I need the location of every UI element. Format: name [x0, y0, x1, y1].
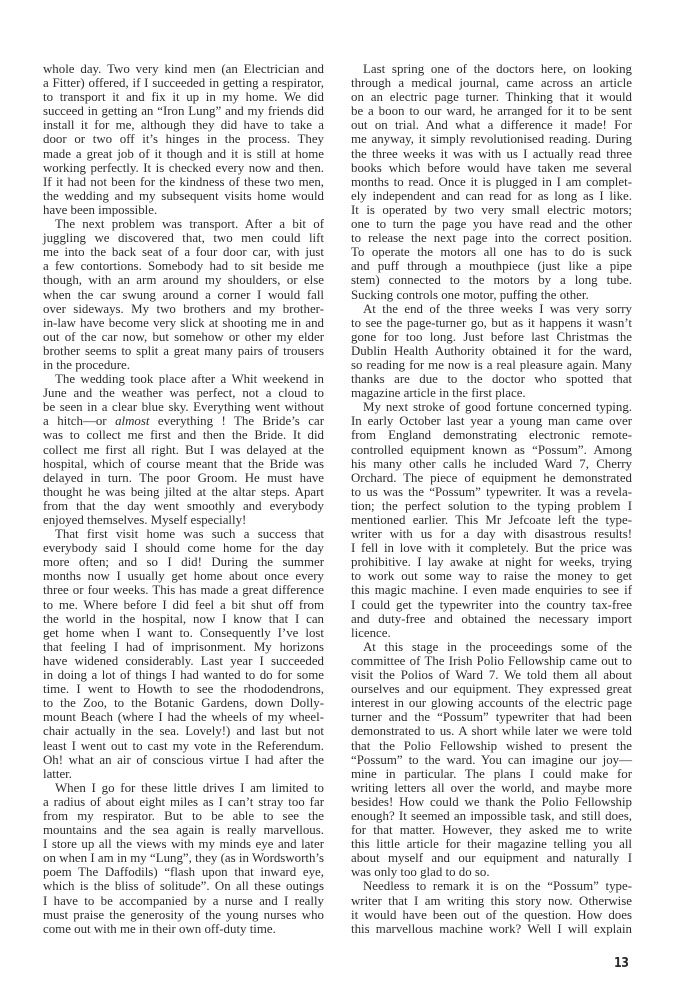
text-line: from England demonstrating electronic re…: [351, 428, 632, 442]
text-line: Needless to remark it is on the “Possum”…: [351, 879, 632, 893]
text-line: to see the page-turner go, but as it hap…: [351, 316, 632, 330]
text-line: the wedding and my subsequent visits hom…: [43, 189, 324, 203]
text-line: juggling we discovered that, two men cou…: [43, 231, 324, 245]
text-line: come out with me in their own off-duty t…: [43, 922, 324, 936]
text-line: books which before would have taken me s…: [351, 161, 632, 175]
text-line: magazine article in the first place.: [351, 386, 632, 400]
text-line: when the car swung around a corner I wou…: [43, 288, 324, 302]
text-line: turner and the “Possum” typewriter that …: [351, 710, 632, 724]
text-line: thanks are due to the doctor who spotted…: [351, 372, 632, 386]
text-line: time. I went to Howth to see the rhodode…: [43, 682, 324, 696]
text-line: enjoyed themselves. Myself especially!: [43, 513, 324, 527]
text-line: interest in our glowing accounts of the …: [351, 696, 632, 710]
text-line: the world in the hospital, now I know th…: [43, 612, 324, 626]
text-line: writer that I am writing this story now.…: [351, 894, 632, 908]
text-line: that feeling I had of imprisonment. My h…: [43, 640, 324, 654]
text-line: and duty-free and obtained the necessary…: [351, 612, 632, 626]
text-line: was only too glad to do so.: [351, 865, 632, 879]
text-line: in the procedure.: [43, 358, 324, 372]
text-line: chair actually in the sea. Lovely!) and …: [43, 724, 324, 738]
text-line: to release the next page into the correc…: [351, 231, 632, 245]
text-line: whole day. Two very kind men (an Electri…: [43, 62, 324, 76]
text-line: At this stage in the proceedings some of…: [351, 640, 632, 654]
text-line: committee of The Irish Polio Fellowship …: [351, 654, 632, 668]
text-line: this marvellous machine work? Well I wil…: [351, 922, 632, 936]
text-line: writer with us for a day with disastrous…: [351, 527, 632, 541]
text-line: from that the day went smoothly and ever…: [43, 499, 324, 513]
text-line: out on trial. And what a difference it m…: [351, 118, 632, 132]
text-line: on when I am in my “Lung”, they (as in W…: [43, 851, 324, 865]
text-line: enough? It seemed an impossible task, an…: [351, 809, 632, 823]
text-line: Orchard. The piece of equipment he demon…: [351, 471, 632, 485]
text-line: to work out some way to raise the money …: [351, 569, 632, 583]
text-line: from my respirator. But to be able to se…: [43, 809, 324, 823]
text-line: it would have been out of the question. …: [351, 908, 632, 922]
text-line: That first visit home was such a success…: [43, 527, 324, 541]
text-line: his many other calls he included Ward 7,…: [351, 457, 632, 471]
text-line: writing letters all over the world, and …: [351, 781, 632, 795]
text-line: hospital, which of course meant that the…: [43, 457, 324, 471]
emphasis: almost: [115, 414, 149, 428]
text-line: mine in particular. The plans I could ma…: [351, 767, 632, 781]
text-line: to the Zoo, to the Botanic Gardens, down…: [43, 696, 324, 710]
page-number: 13: [614, 956, 629, 971]
text-line: over sideways. My two brothers and my br…: [43, 302, 324, 316]
text-line: three or four weeks. This has made a gre…: [43, 583, 324, 597]
text-line: visit the Polios of Ward 7. We told them…: [351, 668, 632, 682]
text-line: demonstrated to us. A short while later …: [351, 724, 632, 738]
text-line: have widened considerably. Last year I s…: [43, 654, 324, 668]
text-line: Sucking controls one motor, puffing the …: [351, 288, 632, 302]
text-line: The wedding took place after a Whit week…: [43, 372, 324, 386]
text-line: be seen in a clear blue sky. Everything …: [43, 400, 324, 414]
text-line: months to read. Once it is plugged in I …: [351, 175, 632, 189]
text-line: prohibitive. I lay awake at night for we…: [351, 555, 632, 569]
text-line: I fell in love with it completely. But t…: [351, 541, 632, 555]
text-line: that the Polio Fellowship wished to pres…: [351, 739, 632, 753]
text-line: mountains and the sea again is really ma…: [43, 823, 324, 837]
text-line: through a medical journal, came across a…: [351, 76, 632, 90]
text-line: everybody said I should come home for th…: [43, 541, 324, 555]
text-line: latter.: [43, 767, 324, 781]
text-line: The next problem was transport. After a …: [43, 217, 324, 231]
text-line: a radius of about eight miles as I can’t…: [43, 795, 324, 809]
text-line: ely independent and can read for as long…: [351, 189, 632, 203]
text-line: on an electric page turner. Thinking tha…: [351, 90, 632, 104]
text-line: mount Beach (where I had the wheels of m…: [43, 710, 324, 724]
text-line: ourselves and our equipment. They expres…: [351, 682, 632, 696]
text-line: get home when I want to. Consequently I’…: [43, 626, 324, 640]
text-line: about myself and our equipment and natur…: [351, 851, 632, 865]
text-line: in doing a lot of things I had wanted to…: [43, 668, 324, 682]
text-line: delayed in turn. The poor Groom. He must…: [43, 471, 324, 485]
text-line: a few contortions. Somebody had to sit b…: [43, 259, 324, 273]
text-line: besides! How could we thank the Polio Fe…: [351, 795, 632, 809]
text-line: me anyway, it simply revolutionised read…: [351, 132, 632, 146]
text-line: in-law have become very slick at shootin…: [43, 316, 324, 330]
text-line: June and the weather was perfect, not a …: [43, 386, 324, 400]
text-line: months now I usually get home about once…: [43, 569, 324, 583]
text-line: the three weeks it was with us I actuall…: [351, 147, 632, 161]
text-line: It is operated by two very small electri…: [351, 203, 632, 217]
text-line: thought he was being jilted at the altar…: [43, 485, 324, 499]
text-line: mentioned earlier. This Mr Jefcoate left…: [351, 513, 632, 527]
text-line: When I go for these little drives I am l…: [43, 781, 324, 795]
text-line: a Fitter) offered, if I succeeded in get…: [43, 76, 324, 90]
left-column: whole day. Two very kind men (an Electri…: [43, 62, 324, 936]
text-line: install it for me, although they did hav…: [43, 118, 324, 132]
text-line: controlled equipment known as “Possum”. …: [351, 443, 632, 457]
text-line: one to turn the page you have read and t…: [351, 217, 632, 231]
text-line: and puff through a mouthpiece (just like…: [351, 259, 632, 273]
text-line: Last spring one of the doctors here, on …: [351, 62, 632, 76]
text-line: Oh! what an air of conscious virtue I ha…: [43, 753, 324, 767]
text-line: brother seems to split a great many pair…: [43, 344, 324, 358]
text-line: If it had not been for the kindness of t…: [43, 175, 324, 189]
text-line: “Possum” to the ward. You can imagine ou…: [351, 753, 632, 767]
text-line: to me. Where before I did feel a bit shu…: [43, 598, 324, 612]
text-line: which is the bliss of solitude”. On all …: [43, 879, 324, 893]
text-line: working perfectly. It is checked every n…: [43, 161, 324, 175]
text-line: me into the back seat of a four door car…: [43, 245, 324, 259]
text-line: so reading for me now is a real pleasure…: [351, 358, 632, 372]
text-line: collect me first all right. But I was de…: [43, 443, 324, 457]
text-line: To operate the motors all one has to do …: [351, 245, 632, 259]
text-line: to transport it and fix it up in my home…: [43, 90, 324, 104]
text-line: My next stroke of good fortune concerned…: [351, 400, 632, 414]
text-line: At the end of the three weeks I was very…: [351, 302, 632, 316]
text-line: though, with an arm around my shoulders,…: [43, 273, 324, 287]
text-line: Dublin Health Authority obtained it for …: [351, 344, 632, 358]
text-line: be a boon to our ward, he arranged for i…: [351, 104, 632, 118]
text-line: a hitch—or almost everything ! The Bride…: [43, 414, 324, 428]
text-line: was to collect me first and then the Bri…: [43, 428, 324, 442]
text-line: to us was the “Possum” typewriter. It wa…: [351, 485, 632, 499]
text-line: gone for too long. Just before last Chri…: [351, 330, 632, 344]
text-line: this magic machine. I even made enquirie…: [351, 583, 632, 597]
text-line: licence.: [351, 626, 632, 640]
text-line: this little article for their magazine t…: [351, 837, 632, 851]
text-line: must praise the generosity of the young …: [43, 908, 324, 922]
text-line: I could get the typewriter into the coun…: [351, 598, 632, 612]
text-line: succeed in getting an “Iron Lung” and my…: [43, 104, 324, 118]
text-line: I have to be accompanied by a nurse and …: [43, 894, 324, 908]
text-line: out of the car now, but somehow or other…: [43, 330, 324, 344]
text-line: poem The Daffodils) “flash upon that inw…: [43, 865, 324, 879]
text-line: more often; and so I did! During the sum…: [43, 555, 324, 569]
text-line: door or two off it’s hinges in the proce…: [43, 132, 324, 146]
text-line: tion; the perfect solution to the typing…: [351, 499, 632, 513]
text-line: I store up all the views with my minds e…: [43, 837, 324, 851]
text-line: made a great job of it though and it is …: [43, 147, 324, 161]
right-column: Last spring one of the doctors here, on …: [351, 62, 632, 936]
text-line: stem) connected to the motors by a long …: [351, 273, 632, 287]
document-page: whole day. Two very kind men (an Electri…: [0, 0, 690, 1006]
text-line: have been impossible.: [43, 203, 324, 217]
text-line: In early October last year a young man c…: [351, 414, 632, 428]
text-line: least I went out to cast my vote in the …: [43, 739, 324, 753]
text-line: for that matter. However, they asked me …: [351, 823, 632, 837]
